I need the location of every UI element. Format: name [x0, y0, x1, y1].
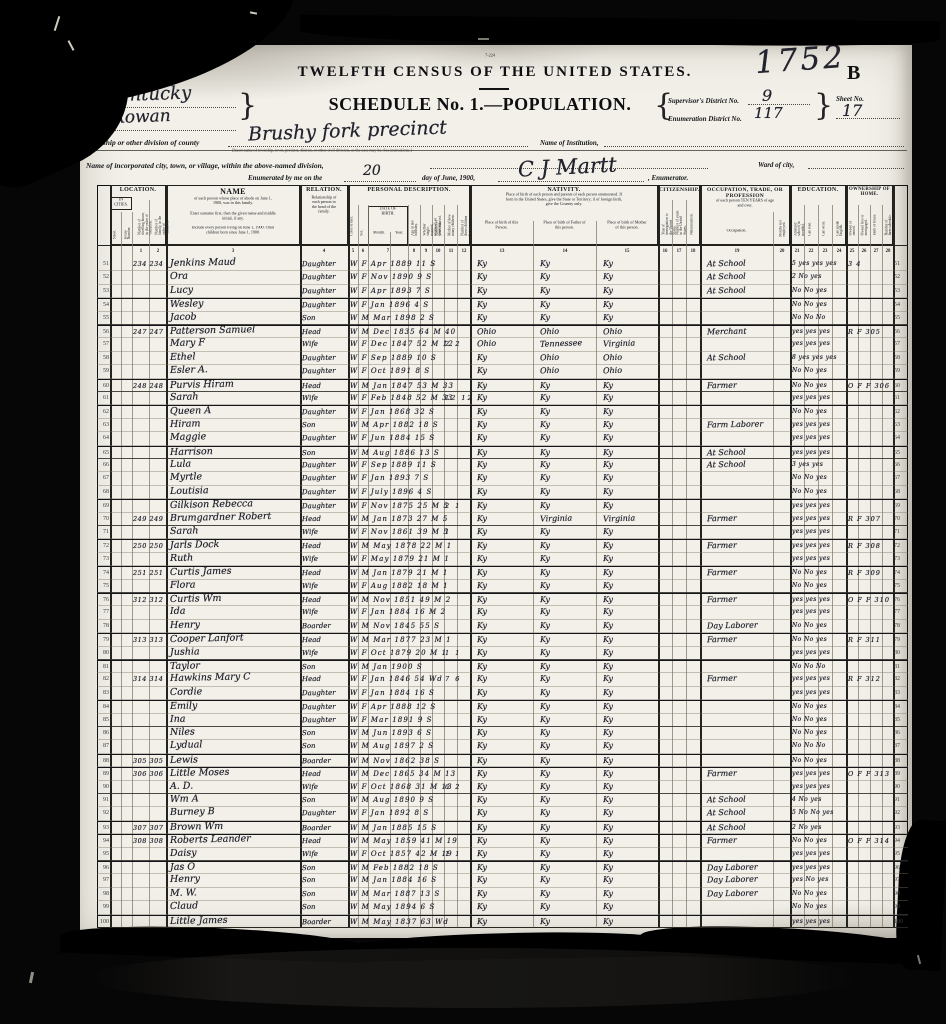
- cell-rel: Boarder: [302, 915, 331, 928]
- cell-mbp: Ky: [603, 673, 613, 686]
- cell-pd: W F Jan 1892 8 S: [350, 807, 429, 820]
- cell-fbp: Ky: [540, 687, 550, 700]
- cell-fbp: Tennessee: [540, 338, 583, 352]
- cell-mc: 1: [445, 526, 451, 539]
- cell-name: Maggie: [170, 431, 206, 444]
- cell-edu: No No yes: [792, 486, 827, 499]
- cell-bp: Ky: [477, 713, 487, 726]
- cell-rnl: 59: [98, 365, 109, 378]
- cell-bp: Ky: [477, 526, 487, 539]
- column-number: 22: [806, 249, 816, 254]
- table-row: 88305 305LewisBoarderW M Nov 1862 38 SKy…: [97, 754, 908, 767]
- cell-line-number-right: 84: [894, 701, 906, 714]
- cell-loc: 250 250: [133, 540, 163, 553]
- cell-line-number-right: 65: [894, 447, 906, 460]
- cell-line-number-right: 73: [894, 553, 906, 566]
- cell-rel: Son: [302, 794, 316, 807]
- cell-bp: Ky: [477, 352, 487, 365]
- cell-edu: No No yes: [792, 727, 827, 740]
- cell-loc: 305 305: [133, 755, 163, 768]
- cell-mbp: Ky: [603, 727, 613, 740]
- cell-rel: Daughter: [302, 486, 336, 499]
- cell-name: A. D.: [170, 780, 193, 793]
- cell-pd: W M Mar 1898 2 S: [350, 312, 435, 325]
- cell-rnl: 70: [98, 513, 109, 526]
- cell-fbp: Ohio: [540, 365, 560, 378]
- cell-loc: 251 251: [133, 567, 163, 580]
- occupation-col-label: Occupation.: [712, 229, 762, 234]
- cell-occ: At School: [707, 794, 746, 807]
- title-rule: [479, 88, 509, 90]
- cell-edu: No No yes: [792, 406, 827, 419]
- cell-mbp: Ky: [603, 661, 613, 674]
- cell-occ: At School: [707, 821, 746, 834]
- cell-edu: No No yes: [792, 888, 827, 901]
- name-header: NAME of each person whose place of abode…: [166, 185, 300, 245]
- cell-name: Burney B: [170, 806, 215, 819]
- cell-rnl: 71: [98, 526, 109, 539]
- cell-name: Ora: [170, 271, 188, 284]
- cell-bp: Ky: [477, 794, 487, 807]
- table-row: 99ClaudSonW M May 1894 6 SKyKyKyNo No ye…: [97, 901, 908, 914]
- cell-mbp: Ky: [603, 285, 613, 298]
- cell-line-number-right: 72: [894, 540, 906, 553]
- cell-pd: W M Mar 1887 13 S: [350, 888, 440, 901]
- cell-line-number-right: 74: [894, 567, 906, 580]
- cell-rnl: 57: [98, 338, 109, 351]
- column-label: Number of years in the United States.: [676, 210, 682, 235]
- cell-rnl: 96: [98, 862, 109, 875]
- cell-occ: Day Laborer: [707, 887, 758, 900]
- cell-fbp: Ky: [540, 459, 550, 472]
- cell-pd: W M Feb 1882 18 S: [350, 862, 439, 875]
- cell-edu: No No yes: [792, 567, 827, 580]
- cell-occ: Farmer: [707, 567, 737, 580]
- cell-occ: Merchant: [707, 326, 747, 339]
- cell-name: Lydual: [170, 740, 203, 753]
- cell-pd: W M Jan 1884 16 S: [350, 874, 437, 887]
- sheet-line: [836, 118, 900, 119]
- cell-rnl: 72: [98, 540, 109, 553]
- cell-rel: Son: [302, 311, 316, 324]
- dob-title: DATE OF BIRTH.: [375, 207, 401, 216]
- cell-mbp: Ky: [603, 472, 613, 485]
- cell-line-number-right: 58: [894, 352, 906, 365]
- column-number: 24: [834, 249, 844, 254]
- cell-rnl: 93: [98, 822, 109, 835]
- table-row: 70249 249Brumgardner RobertHeadW M Jan 1…: [97, 513, 908, 526]
- cell-mc: 2 1: [445, 500, 461, 513]
- cell-mbp: Ky: [603, 446, 613, 459]
- cell-mbp: Ky: [603, 553, 613, 566]
- column-number: 12: [459, 249, 469, 254]
- cell-loc: 312 312: [133, 594, 163, 607]
- cell-fbp: Ky: [540, 740, 550, 753]
- cell-line-number-right: 76: [894, 594, 906, 607]
- cell-rnl: 64: [98, 432, 109, 445]
- cell-fbp: Ky: [540, 794, 550, 807]
- table-row: 69Gilkison RebeccaDaughterW F Nov 1875 2…: [97, 499, 908, 512]
- column-label: Street.: [113, 228, 119, 239]
- table-row: 52OraDaughterW F Nov 1890 9 SKyKyKyAt Sc…: [97, 271, 908, 284]
- cell-rnl: 54: [98, 299, 109, 312]
- cell-occ: Farmer: [707, 512, 737, 525]
- cell-rnl: 69: [98, 500, 109, 513]
- cell-bp: Ky: [477, 673, 487, 686]
- cell-bp: Ky: [477, 888, 487, 901]
- supervisor-district-value: 9: [762, 86, 772, 105]
- table-row: 55JacobSonW M Mar 1898 2 SKyKyKyNo No No…: [97, 312, 908, 325]
- cell-mbp: Ky: [603, 271, 613, 284]
- cell-rnl: 66: [98, 459, 109, 472]
- cell-rel: Head: [302, 673, 321, 686]
- cell-name: Sarah: [170, 525, 199, 538]
- cell-fbp: Virginia: [540, 512, 573, 526]
- cell-mbp: Ky: [603, 794, 613, 807]
- cell-pd: W F Sep 1889 11 S: [350, 459, 437, 472]
- cell-fbp: Ky: [540, 486, 550, 499]
- cell-loc: 247 247: [133, 326, 163, 339]
- cell-name: Hiram: [170, 418, 201, 431]
- cell-mbp: Ky: [603, 847, 613, 860]
- cell-mbp: Ky: [603, 432, 613, 445]
- table-row: 93307 307Brown WmBoarderW M Jan 1885 15 …: [97, 821, 908, 834]
- table-row: 95DaisyWifeW F Oct 1857 42 M 191 1KyKyKy…: [97, 848, 908, 861]
- cell-rnl: 82: [98, 673, 109, 686]
- cell-name: Roberts Leander: [170, 833, 251, 847]
- cell-pd: W F Jun 1884 15 S: [350, 432, 435, 445]
- table-row: 56247 247Patterson SamuelHeadW M Dec 183…: [97, 325, 908, 338]
- cell-occ: Farmer: [707, 379, 737, 392]
- cell-bp: Ky: [477, 594, 487, 607]
- cell-mbp: Ky: [603, 579, 613, 592]
- cell-bp: Ky: [477, 285, 487, 298]
- cell-rnl: 74: [98, 567, 109, 580]
- cell-own: R F 305: [848, 326, 881, 339]
- cell-edu: 3 yes yes: [792, 459, 823, 472]
- dob-year-label: Year.: [393, 231, 405, 236]
- cell-name: Hawkins Mary C: [170, 672, 251, 686]
- cell-occ: At School: [707, 807, 746, 820]
- cell-own: R F 311: [848, 634, 881, 647]
- cell-edu: yes yes yes: [792, 916, 830, 929]
- column-number: 15: [622, 249, 632, 254]
- table-row: 77IdaWifeW F Jan 1884 16 M 2KyKyKyyes ye…: [97, 606, 908, 619]
- cell-own: O F F 310: [848, 594, 890, 607]
- cell-pd: W M May 1894 6 S: [350, 901, 435, 914]
- column-label: Number of farm schedule.: [885, 213, 891, 236]
- cell-occ: Farmer: [707, 634, 737, 647]
- cell-rel: Son: [302, 862, 316, 875]
- cell-rnl: 88: [98, 755, 109, 768]
- cell-rel: Daughter: [302, 406, 336, 419]
- education-title: EDUCATION.: [791, 187, 845, 193]
- table-row: 83CordieDaughterW F Jan 1884 16 SKyKyKyy…: [97, 687, 908, 700]
- cell-mbp: Ky: [603, 258, 613, 271]
- cell-fbp: Ky: [540, 526, 550, 539]
- cell-rnl: 53: [98, 285, 109, 298]
- cell-edu: No No yes: [792, 701, 827, 714]
- cell-edu: No No yes: [792, 714, 827, 727]
- name-title: NAME: [167, 187, 299, 196]
- cell-mbp: Ohio: [603, 351, 623, 364]
- column-number: 13: [497, 249, 507, 254]
- cell-rel: Daughter: [302, 701, 336, 714]
- cell-edu: No No yes: [792, 755, 827, 768]
- cell-rel: Head: [302, 540, 321, 553]
- cell-fbp: Ky: [540, 285, 550, 298]
- cell-own: R F 312: [848, 673, 881, 686]
- cell-rnl: 100: [98, 916, 109, 929]
- cell-pd: W F Oct 1857 42 M 19: [350, 848, 453, 861]
- table-row: 61SarahWifeW F Feb 1848 52 M 3312 12KyKy…: [97, 392, 908, 405]
- cell-edu: yes yes yes: [792, 338, 830, 351]
- cell-loc: 313 313: [133, 634, 163, 647]
- table-row: 100Little JamesBoarderW M May 1837 63 Wd…: [97, 915, 908, 928]
- cell-edu: yes yes yes: [792, 447, 830, 460]
- cell-line-number-right: 98: [894, 888, 906, 901]
- cell-line-number-right: 100: [894, 916, 906, 929]
- cell-rel: Head: [302, 379, 321, 392]
- cell-rel: Wife: [302, 579, 318, 592]
- cell-rel: Wife: [302, 780, 318, 793]
- cell-line-number-right: 79: [894, 634, 906, 647]
- cell-loc: 306 306: [133, 768, 163, 781]
- cell-fbp: Ky: [540, 271, 550, 284]
- cell-pd: W M Apr 1882 18 S: [350, 419, 439, 432]
- enumerator-suffix: , Enumerator.: [648, 174, 688, 182]
- cell-line-number-right: 63: [894, 419, 906, 432]
- cell-line-number-right: 92: [894, 807, 906, 820]
- cell-edu: yes yes yes: [792, 768, 830, 781]
- ward-label: Ward of city,: [758, 161, 794, 169]
- column-label: House Number.: [124, 228, 130, 239]
- cell-name: Lewis: [170, 754, 198, 767]
- cell-fbp: Ky: [540, 847, 550, 860]
- cell-occ: Farmer: [707, 594, 737, 607]
- column-number: 7: [383, 249, 393, 254]
- table-row: 53LucyDaughterW F Apr 1893 7 SKyKyKyAt S…: [97, 285, 908, 298]
- cell-pd: W F Oct 1879 20 M 1: [350, 647, 447, 660]
- cell-pd: W F Jan 1884 16 M 2: [350, 606, 446, 619]
- column-label: Number of family, in the order of visita…: [155, 210, 161, 235]
- table-row: 67MyrtleDaughterW F Jan 1893 7 SKyKyKyNo…: [97, 472, 908, 485]
- table-row: 80JushiaWifeW F Oct 1879 20 M 11 1KyKyKy…: [97, 647, 908, 660]
- personal-title: PERSONAL DESCRIPTION.: [349, 187, 469, 193]
- cell-name: Niles: [170, 726, 195, 739]
- cell-occ: Farm Laborer: [707, 418, 763, 431]
- cell-name: Daisy: [170, 847, 197, 860]
- cell-fbp: Ky: [540, 594, 550, 607]
- cell-fbp: Ky: [540, 727, 550, 740]
- table-row: 72250 250Jarls DockHeadW M May 1878 22 M…: [97, 539, 908, 552]
- cell-edu: 5 No No yes: [792, 807, 834, 820]
- enumerated-mid: day of June, 1900,: [422, 174, 475, 182]
- column-number: 16: [660, 249, 670, 254]
- cell-bp: Ky: [477, 661, 487, 674]
- cell-rnl: 75: [98, 580, 109, 593]
- cell-fbp: Ky: [540, 579, 550, 592]
- cell-bp: Ky: [477, 579, 487, 592]
- table-row: 51234 234Jenkins MaudDaughterW F Apr 188…: [97, 258, 908, 271]
- cell-occ: Farmer: [707, 540, 737, 553]
- cell-mbp: Ky: [603, 646, 613, 659]
- cell-rel: Son: [302, 661, 316, 674]
- cell-fbp: Ky: [540, 567, 550, 580]
- cell-mbp: Ky: [603, 713, 613, 726]
- supervisor-district-label: Supervisor's District No.: [668, 97, 739, 105]
- cell-line-number-right: 85: [894, 714, 906, 727]
- cell-edu: yes yes yes: [792, 687, 830, 700]
- cell-loc: 314 314: [133, 673, 163, 686]
- cell-pd: W M Aug 1890 9 S: [350, 794, 434, 807]
- location-title: LOCATION.: [111, 187, 165, 193]
- cell-pd: W M Jan 1879 21 M 1: [350, 567, 448, 580]
- cell-mbp: Ky: [603, 567, 613, 580]
- cell-pd: W F Nov 1861 39 M 5: [350, 526, 449, 539]
- cell-pd: W F Dec 1847 52 M 12: [350, 338, 454, 351]
- column-number: 8: [409, 249, 419, 254]
- cell-mbp: Ky: [603, 406, 613, 419]
- cell-fbp: Ky: [540, 755, 550, 768]
- cell-line-number-right: 57: [894, 338, 906, 351]
- cell-rnl: 79: [98, 634, 109, 647]
- cell-fbp: Ky: [540, 606, 550, 619]
- cell-rnl: 61: [98, 392, 109, 405]
- cell-pd: W M Jan 1900 S: [350, 661, 423, 674]
- cell-rnl: 83: [98, 687, 109, 700]
- cell-line-number-right: 81: [894, 661, 906, 674]
- column-label: Can write.: [822, 214, 828, 236]
- form-code: 7-224: [485, 54, 495, 58]
- cell-edu: yes yes yes: [792, 673, 830, 686]
- cell-edu: yes yes yes: [792, 500, 830, 513]
- cell-edu: yes yes yes: [792, 432, 830, 445]
- cell-rnl: 91: [98, 794, 109, 807]
- nativity-col-person: Place of birth of this Person.: [480, 221, 523, 237]
- table-row: 60248 248Purvis HiramHeadW M Jan 1847 53…: [97, 379, 908, 392]
- cell-edu: No No yes: [792, 472, 827, 485]
- column-number: 11: [446, 249, 456, 254]
- cell-own: R F 308: [848, 540, 881, 553]
- cell-pd: W F Oct 1868 31 M 13: [350, 781, 453, 794]
- cell-pd: W F Jan 1896 4 S: [350, 299, 429, 312]
- table-row: 54WesleyDaughterW F Jan 1896 4 SKyKyKyNo…: [97, 298, 908, 311]
- cell-edu: yes yes yes: [792, 392, 830, 405]
- column-number: 17: [674, 249, 684, 254]
- cell-name: Ruth: [170, 552, 193, 565]
- cell-line-number-right: 61: [894, 392, 906, 405]
- cell-line-number-right: 55: [894, 312, 906, 325]
- cell-edu: yes yes yes: [792, 848, 830, 861]
- cell-rnl: 76: [98, 594, 109, 607]
- cell-line-number-right: 64: [894, 432, 906, 445]
- cell-rel: Son: [302, 874, 316, 887]
- cell-rnl: 92: [98, 807, 109, 820]
- cell-mbp: Ky: [603, 486, 613, 499]
- cell-bp: Ky: [477, 862, 487, 875]
- cell-name: Ethel: [170, 351, 196, 364]
- cell-name: Sarah: [170, 391, 199, 404]
- cell-edu: No No No: [792, 740, 826, 753]
- cell-mbp: Ky: [603, 419, 613, 432]
- cell-edu: yes yes yes: [792, 781, 830, 794]
- cell-fbp: Ky: [540, 379, 550, 392]
- table-row: 66LulaDaughterW F Sep 1889 11 SKyKyKyAt …: [97, 459, 908, 472]
- cell-name: M. W.: [170, 887, 197, 900]
- cell-fbp: Ohio: [540, 351, 560, 364]
- cell-mbp: Ky: [603, 526, 613, 539]
- cell-bp: Ky: [477, 311, 487, 324]
- name-note1: of each person whose place of abode on J…: [188, 196, 278, 207]
- table-row: 96Jas OSonW M Feb 1882 18 SKyKyKyDay Lab…: [97, 861, 908, 874]
- column-number: 19: [732, 249, 742, 254]
- cell-occ: Farmer: [707, 673, 737, 686]
- column-number: 4: [319, 249, 329, 254]
- cell-pd: W M Nov 1862 38 S: [350, 755, 440, 768]
- cell-rnl: 86: [98, 727, 109, 740]
- cell-mbp: Ky: [603, 740, 613, 753]
- cell-pd: W M Aug 1897 2 S: [350, 740, 434, 753]
- cell-bp: Ky: [477, 432, 487, 445]
- cell-mbp: Ky: [603, 755, 613, 768]
- cell-occ: Day Laborer: [707, 619, 758, 632]
- cell-bp: Ky: [477, 634, 487, 647]
- cell-own: 3 4: [848, 258, 861, 271]
- cell-bp: Ky: [477, 419, 487, 432]
- column-label: Naturalization.: [690, 210, 696, 235]
- cell-fbp: Ky: [540, 780, 550, 793]
- column-number: 23: [820, 249, 830, 254]
- occupation-header: OCCUPATION, TRADE, OR PROFESSION of each…: [700, 185, 790, 245]
- table-row: 75FloraWifeW F Aug 1882 18 M 1KyKyKyNo N…: [97, 580, 908, 593]
- cell-fbp: Ky: [540, 299, 550, 312]
- column-number: 14: [560, 249, 570, 254]
- table-row: 68LoutisiaDaughterW F July 1896 4 SKyKyK…: [97, 486, 908, 499]
- cell-mbp: Ky: [603, 392, 613, 405]
- cell-pd: W M Jan 1885 15 S: [350, 822, 437, 835]
- cell-rnl: 97: [98, 874, 109, 887]
- cell-rel: Head: [302, 594, 321, 607]
- cell-bp: Ky: [477, 620, 487, 633]
- cell-line-number-right: 69: [894, 500, 906, 513]
- cell-bp: Ky: [477, 646, 487, 659]
- column-label: Owned free or mortgaged.: [861, 213, 867, 236]
- cell-mbp: Ky: [603, 701, 613, 714]
- cell-name: Henry: [170, 619, 200, 632]
- cell-name: Little Moses: [170, 767, 230, 781]
- cell-line-number-right: 75: [894, 580, 906, 593]
- cell-line-number-right: 83: [894, 687, 906, 700]
- cell-line-number-right: 67: [894, 472, 906, 485]
- cell-bp: Ky: [477, 740, 487, 753]
- cell-line-number-right: 56: [894, 326, 906, 339]
- table-row: 57Mary FWifeW F Dec 1847 52 M 122 2OhioT…: [97, 338, 908, 351]
- cell-bp: Ky: [477, 847, 487, 860]
- cell-rel: Daughter: [302, 500, 336, 513]
- cell-rnl: 55: [98, 312, 109, 325]
- cell-occ: Farmer: [707, 835, 737, 848]
- column-number: 27: [871, 249, 881, 254]
- cell-loc: 308 308: [133, 835, 163, 848]
- cell-fbp: Ky: [540, 392, 550, 405]
- cell-line-number-right: 86: [894, 727, 906, 740]
- cell-line-number-right: 62: [894, 406, 906, 419]
- nativity-note: Place of birth of each person and parent…: [501, 193, 627, 207]
- cell-bp: Ky: [477, 901, 487, 914]
- header-rule: [85, 150, 907, 151]
- cell-edu: No No yes: [792, 285, 827, 298]
